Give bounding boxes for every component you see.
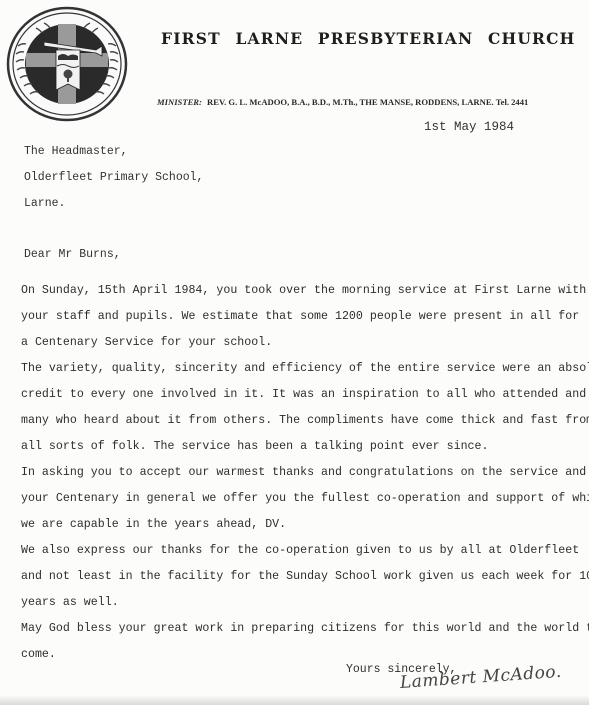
page-edge-shadow xyxy=(0,695,589,705)
minister-info: REV. G. L. McADOO, B.A., B.D., M.Th., TH… xyxy=(207,97,528,107)
body-line: all sorts of folk. The service has been … xyxy=(21,440,488,453)
body-line: and not least in the facility for the Su… xyxy=(21,570,589,583)
recipient-line: Olderfleet Primary School, xyxy=(24,171,203,184)
body-line: May God bless your great work in prepari… xyxy=(21,622,589,635)
minister-label: MINISTER: xyxy=(157,97,202,107)
salutation: Dear Mr Burns, xyxy=(24,248,121,261)
letter-date: 1st May 1984 xyxy=(424,120,514,134)
body-line: years as well. xyxy=(21,596,119,609)
recipient-line: The Headmaster, xyxy=(24,145,128,158)
body-line: many who heard about it from others. The… xyxy=(21,414,589,427)
body-line: a Centenary Service for your school. xyxy=(21,336,272,349)
recipient-line: Larne. xyxy=(24,197,65,210)
body-line: We also express our thanks for the co-op… xyxy=(21,544,579,557)
church-name: FIRST LARNE PRESBYTERIAN CHURCH xyxy=(161,29,576,48)
body-line: come. xyxy=(21,648,56,661)
body-line: The variety, quality, sincerity and effi… xyxy=(21,362,589,375)
church-crest-icon xyxy=(6,6,128,122)
body-line: your staff and pupils. We estimate that … xyxy=(21,310,579,323)
body-line: On Sunday, 15th April 1984, you took ove… xyxy=(21,284,586,297)
body-line: In asking you to accept our warmest than… xyxy=(21,466,589,479)
body-line: your Centenary in general we offer you t… xyxy=(21,492,589,505)
body-line: we are capable in the years ahead, DV. xyxy=(21,518,286,531)
letter-page: FIRST LARNE PRESBYTERIAN CHURCH MINISTER… xyxy=(0,0,589,705)
minister-details: MINISTER: REV. G. L. McADOO, B.A., B.D.,… xyxy=(157,97,528,107)
body-line: credit to every one involved in it. It w… xyxy=(21,388,589,401)
